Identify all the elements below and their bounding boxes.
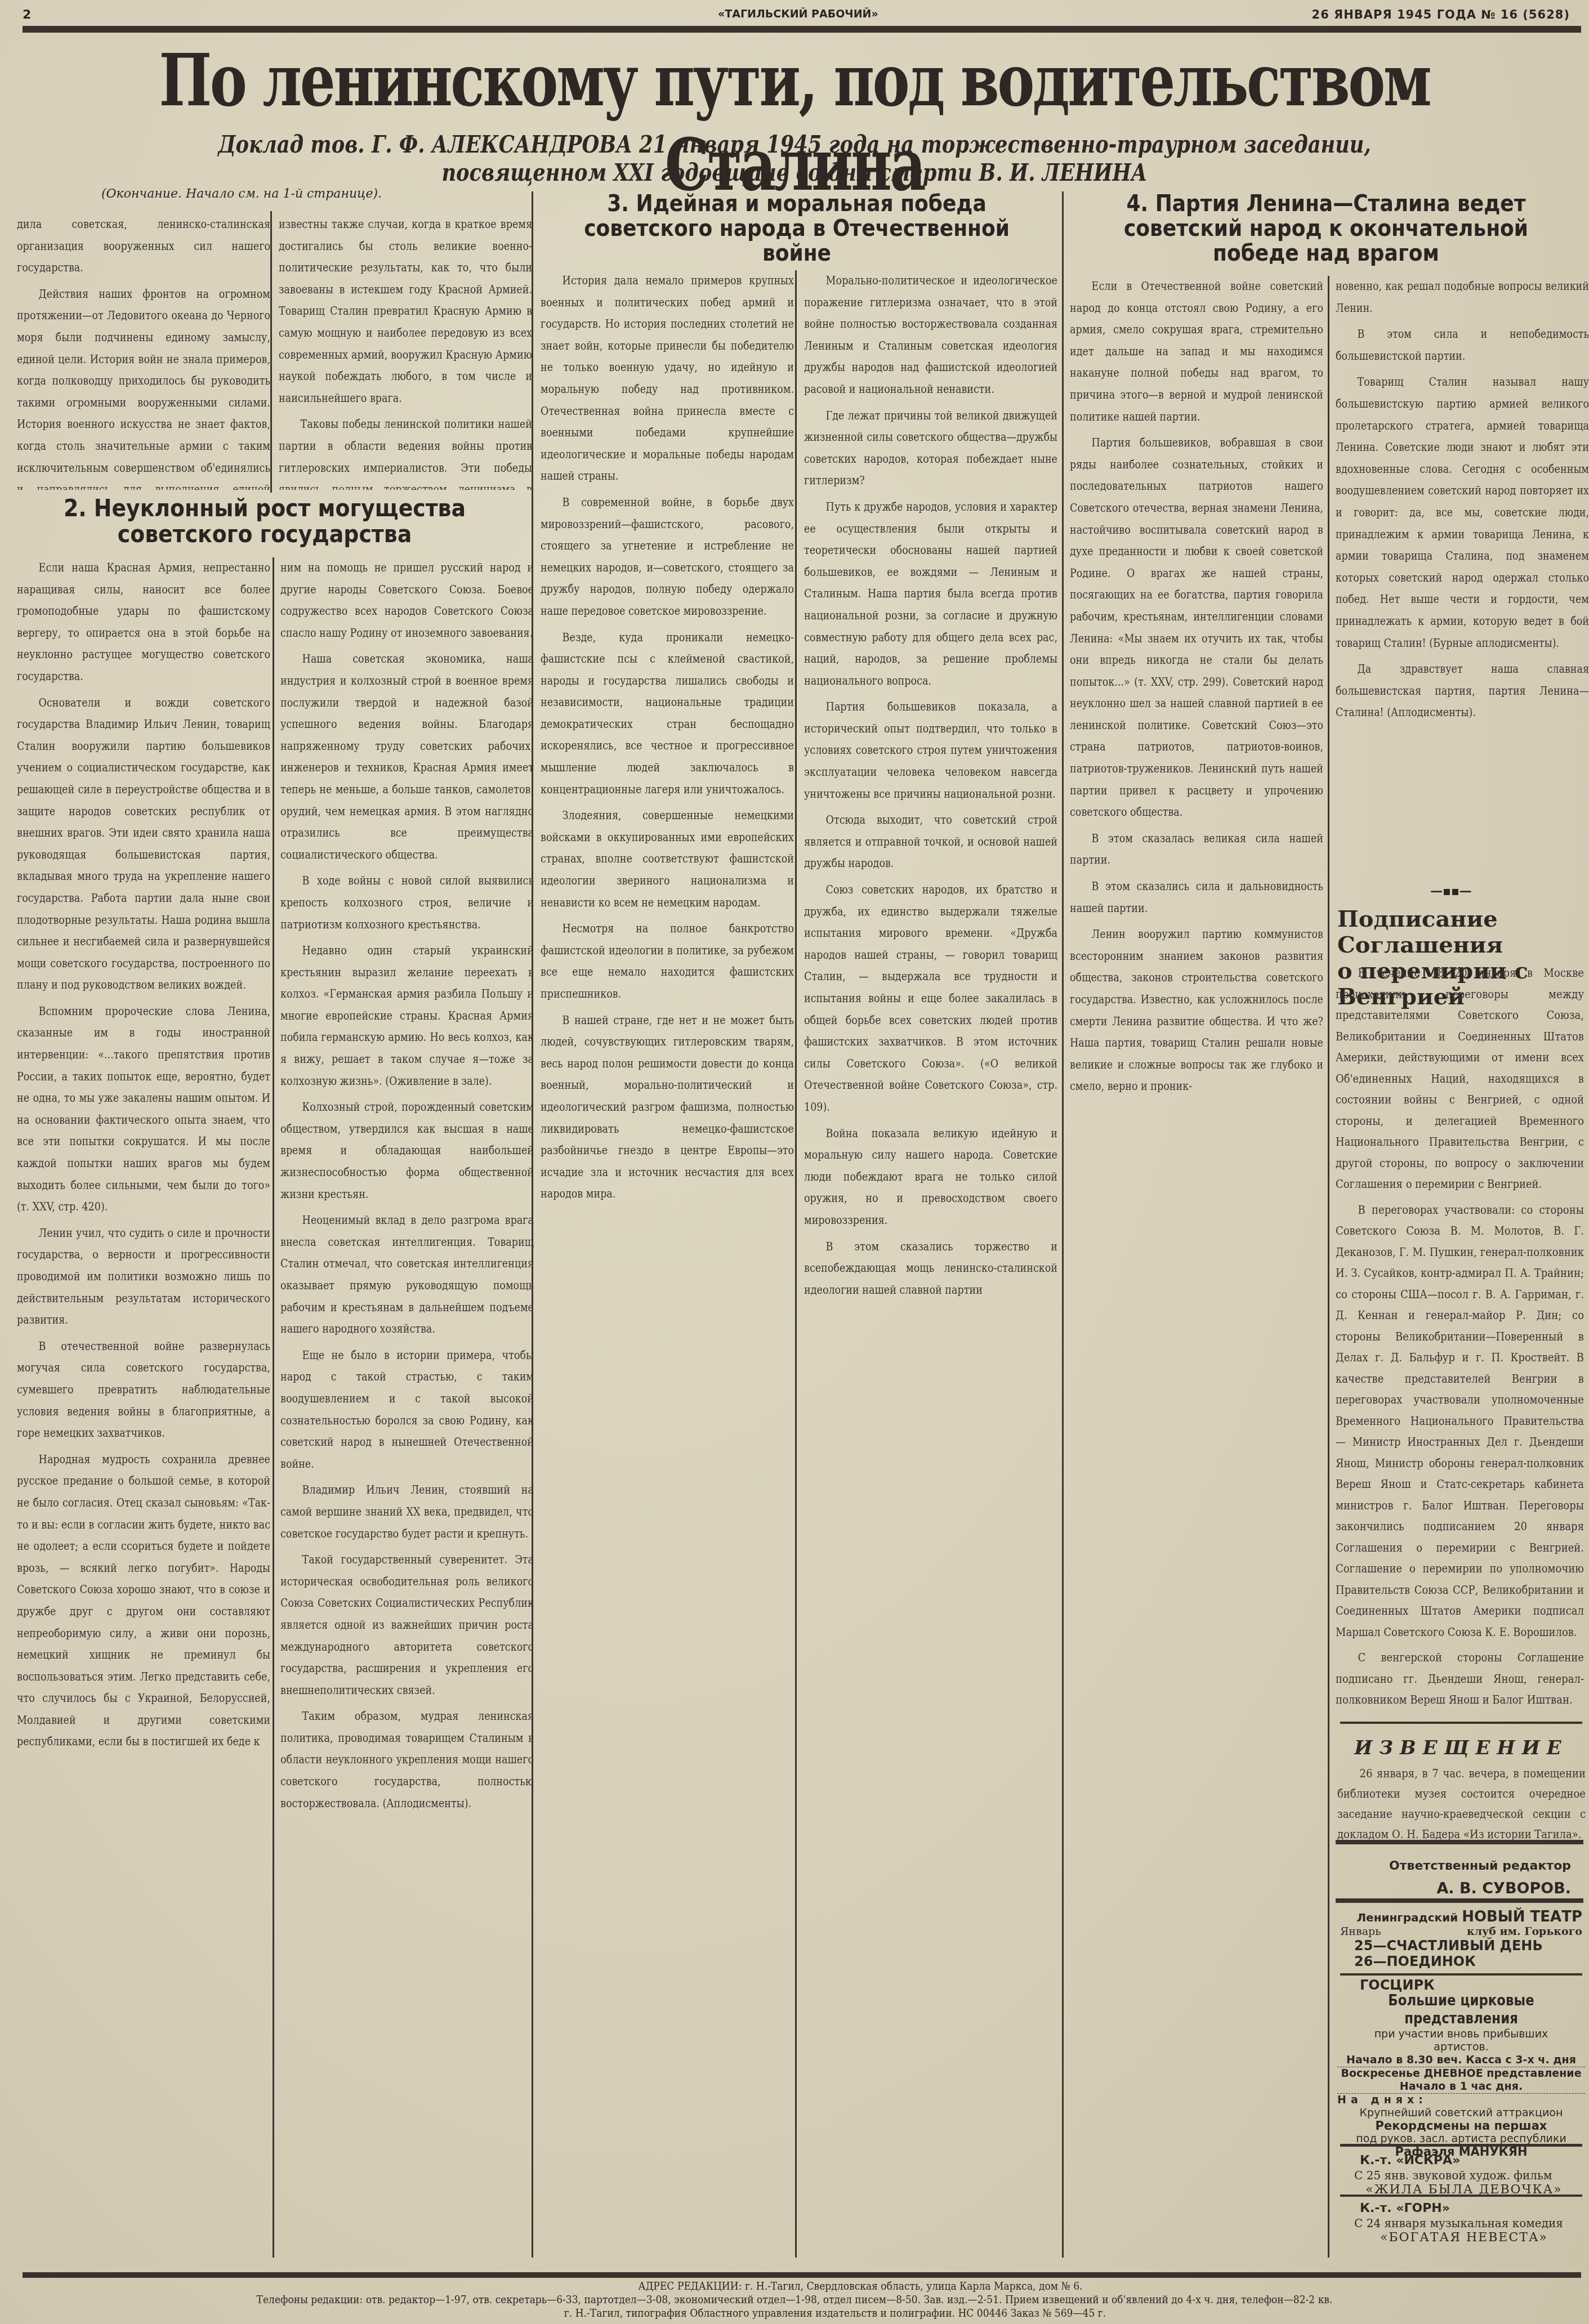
editor-name: А. В. СУВОРОВ. [1340, 1878, 1571, 1900]
circus-name: ГОСЦИРК [1337, 1979, 1585, 1992]
newspaper-page: 2 «ТАГИЛЬСКИЙ РАБОЧИЙ» 26 ЯНВАРЯ 1945 ГО… [0, 0, 1589, 2324]
continuation-note: (Окончание. Начало см. на 1-й странице). [101, 187, 382, 201]
section-3-title: 3. Идейная и моральная победа советского… [561, 191, 1033, 266]
divider-rule [1336, 1840, 1583, 1844]
paragraph: Таковы победы ленинской политики нашей п… [279, 414, 532, 490]
column-divider [1328, 276, 1329, 2258]
paragraph: Народная мудрость сохранила древнее русс… [17, 1449, 270, 1753]
paragraph: Недавно один старый украинский крестьяни… [280, 940, 534, 1092]
s3-col-b: Морально-политическое и идеологическое п… [804, 270, 1057, 2258]
paragraph: Такой государственный суверенитет. Эта и… [280, 1549, 534, 1701]
paragraph: Где лежат причины той великой движущей ж… [804, 405, 1057, 492]
theatre-venue: клуб им. Горького [1467, 1925, 1582, 1938]
newspaper-name: «ТАГИЛЬСКИЙ РАБОЧИЙ» [718, 8, 878, 20]
subtitle-line-2: посвященном XXI годовщине со дня смерти … [143, 159, 1446, 187]
paragraph: В течение 18—20 января в Москве происход… [1336, 963, 1584, 1195]
column-divider [795, 270, 797, 2258]
paragraph: Таким образом, мудрая ленинская политика… [280, 1706, 534, 1814]
paragraph: Наша советская экономика, наша индустрия… [280, 649, 534, 866]
column-divider [270, 211, 272, 493]
subtitle-line-1: Доклад тов. Г. Ф. АЛЕКСАНДРОВА 21 января… [143, 131, 1446, 159]
masthead: 2 «ТАГИЛЬСКИЙ РАБОЧИЙ» 26 ЯНВАРЯ 1945 ГО… [23, 8, 1581, 25]
s1-col-b: известны также случаи, когда в краткое в… [279, 214, 532, 490]
s4-col-b: новенно, как решал подобные вопросы вели… [1336, 276, 1589, 721]
paragraph: известны также случаи, когда в краткое в… [279, 214, 532, 409]
column-divider [273, 557, 274, 2258]
s2-col-b: ним на помощь не пришел русский народ и … [280, 557, 534, 2258]
s2-col-a: Если наша Красная Армия, непрестанно нар… [17, 557, 270, 2258]
theatre-name: НОВЫЙ ТЕАТР [1462, 1909, 1582, 1925]
section-separator: —▪▪— [1430, 884, 1472, 899]
paragraph: Ленин учил, что судить о силе и прочност… [17, 1223, 270, 1331]
divider-rule [1340, 2144, 1582, 2147]
masthead-rule [23, 26, 1581, 33]
divider-rule [1340, 2195, 1582, 2197]
footer-phones: Телефоны редакции: отв. редактор—1-97, о… [79, 2294, 1510, 2306]
paragraph: Вспомним пророческие слова Ленина, сказа… [17, 1001, 270, 1218]
paragraph: Основатели и вожди советского государств… [17, 692, 270, 996]
notice-title: ИЗВЕЩЕНИЕ [1334, 1737, 1588, 1759]
show-item: 25—СЧАСТЛИВЫЙ ДЕНЬ [1354, 1938, 1582, 1954]
paragraph: Злодеяния, совершенные немецкими войскам… [541, 805, 794, 914]
paragraph: Партия большевиков, вобравшая в свои ряд… [1070, 432, 1323, 824]
paragraph: История дала немало примеров крупных вое… [541, 270, 794, 488]
paragraph: дила советская, ленинско-сталинская орга… [17, 214, 270, 279]
notice-text: 26 января, в 7 час. вечера, в помещении … [1337, 1763, 1586, 1865]
cinema-iskra: К.-т. «ИСКРА» С 25 янв. звуковой худож. … [1343, 2153, 1585, 2197]
paragraph: Неоценимый вклад в дело разгрома врага в… [280, 1210, 534, 1340]
report-subtitle: Доклад тов. Г. Ф. АЛЕКСАНДРОВА 21 января… [143, 131, 1446, 187]
paragraph: Отсюда выходит, что советский строй явля… [804, 810, 1057, 875]
paragraph: Несмотря на полное банкротство фашистско… [541, 918, 794, 1005]
theatre-prefix: Ленинградский [1356, 1911, 1458, 1924]
paragraph: Партия большевиков показала, а историчес… [804, 696, 1057, 805]
circus-headline: Большие цирковые представления [1352, 1992, 1570, 2028]
paragraph: Действия наших фронтов на огромном протя… [17, 284, 270, 490]
divider-rule [1340, 1722, 1582, 1724]
paragraph: Товарищ Сталин называл нашу большевистск… [1336, 372, 1589, 654]
paragraph: В переговорах участвовали: со стороны Со… [1336, 1200, 1584, 1643]
paragraph: В этом сказались сила и дальновидность н… [1070, 876, 1323, 919]
editor-label: Ответственный редактор [1340, 1855, 1571, 1878]
paragraph: В этом сказалась великая сила нашей парт… [1070, 828, 1323, 871]
show-item: 26—ПОЕДИНОК [1354, 1954, 1582, 1969]
footer-rule [23, 2272, 1581, 2278]
paragraph: В этом сила и непобедимость большевистск… [1336, 324, 1589, 367]
paragraph: В этом сказались торжество и всепобеждаю… [804, 1236, 1057, 1302]
divider-rule [1336, 1898, 1583, 1903]
column-divider [1062, 191, 1064, 2258]
editor-block: Ответственный редактор А. В. СУВОРОВ. [1340, 1855, 1571, 1900]
section-2-title: 2. Неуклонный рост могущества советского… [26, 495, 503, 547]
paragraph: Еще не было в истории примера, чтобы нар… [280, 1345, 534, 1476]
paragraph: Если в Отечественной войне советский нар… [1070, 276, 1323, 428]
paragraph: Ленин вооружил партию коммунистов всесто… [1070, 924, 1323, 1098]
theatre-ad: Ленинградский НОВЫЙ ТЕАТР Январь клуб им… [1340, 1909, 1582, 1969]
s4-col-a: Если в Отечественной войне советский нар… [1070, 276, 1323, 2258]
paragraph: Если наша Красная Армия, непрестанно нар… [17, 557, 270, 688]
paragraph: С венгерской стороны Соглашение подписан… [1336, 1647, 1584, 1711]
s3-col-a: История дала немало примеров крупных вое… [541, 270, 794, 2258]
paragraph: Да здравствует наша славная большевистск… [1336, 659, 1589, 721]
paragraph: Союз советских народов, их братство и др… [804, 879, 1057, 1119]
circus-ad: ГОСЦИРК Большие цирковые представления п… [1337, 1979, 1585, 2158]
paragraph: В современной войне, в борьбе двух миров… [541, 492, 794, 623]
page-number: 2 [23, 8, 31, 22]
armistice-body: В течение 18—20 января в Москве происход… [1336, 963, 1584, 1714]
divider-rule [1340, 1973, 1582, 1976]
paragraph: В нашей стране, где нет и не может быть … [541, 1010, 794, 1205]
issue-date: 26 ЯНВАРЯ 1945 ГОДА № 16 (5628) [1312, 8, 1570, 21]
cinema-gorn: К.-т. «ГОРН» С 24 января музыкальная ком… [1343, 2201, 1585, 2245]
footer-print: г. Н.-Тагил, типография Областного управ… [79, 2307, 1510, 2319]
paragraph: Колхозный строй, порожденный советским о… [280, 1097, 534, 1205]
paragraph: В ходе войны с новой силой выявились кре… [280, 870, 534, 936]
paragraph: Морально-политическое и идеологическое п… [804, 270, 1057, 401]
s1-col-a: дила советская, ленинско-сталинская орга… [17, 214, 270, 490]
theatre-month: Январь [1340, 1925, 1381, 1938]
column-divider [532, 191, 533, 2258]
footer-address: АДРЕС РЕДАКЦИИ: г. Н.-Тагил, Свердловска… [79, 2280, 1510, 2292]
paragraph: Война показала великую идейную и моральн… [804, 1123, 1057, 1232]
paragraph: В отечественной войне развернулась могуч… [17, 1336, 270, 1445]
paragraph: Везде, куда проникали немецко-фашистские… [541, 627, 794, 801]
paragraph: Путь к дружбе народов, условия и характе… [804, 497, 1057, 692]
section-4-title: 4. Партия Ленина—Сталина ведет советский… [1091, 191, 1562, 266]
paragraph: ним на помощь не пришел русский народ и … [280, 557, 534, 644]
paragraph: Владимир Ильич Ленин, стоявший на самой … [280, 1480, 534, 1545]
paragraph: новенно, как решал подобные вопросы вели… [1336, 276, 1589, 319]
